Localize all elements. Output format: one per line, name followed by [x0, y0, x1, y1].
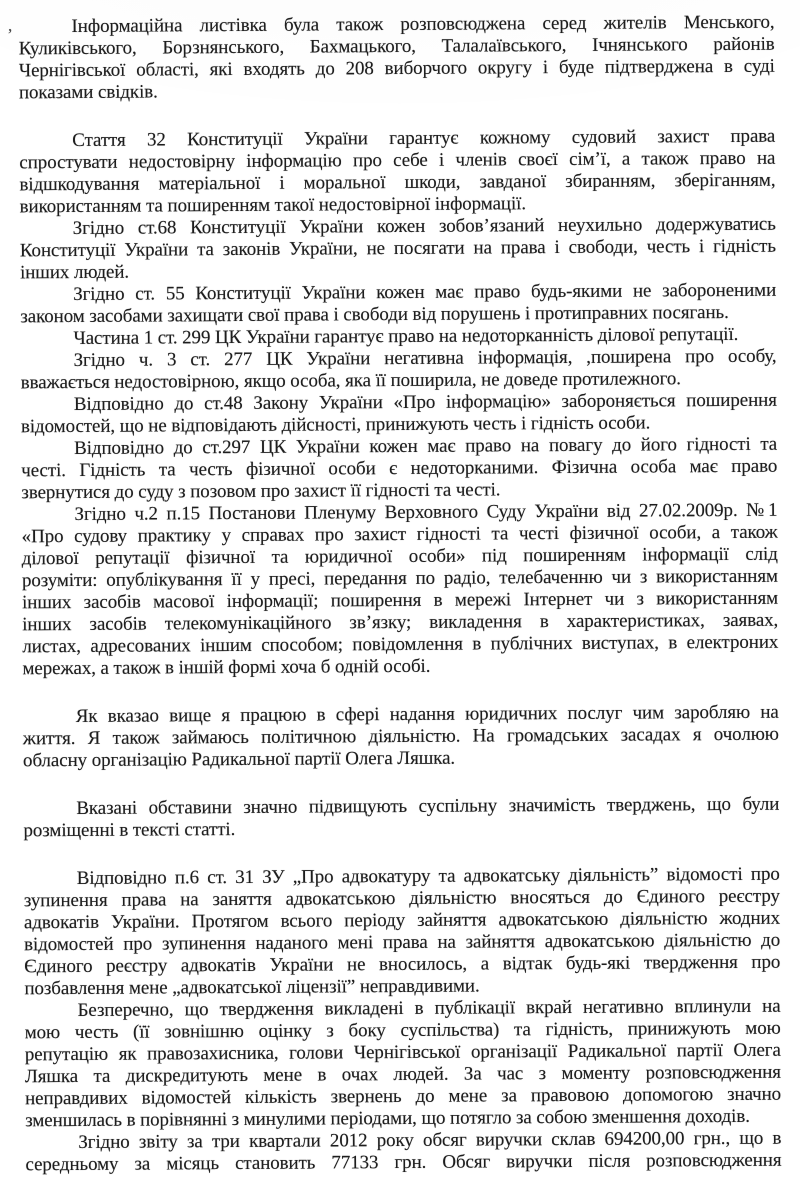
text-line: розміщенні в тексті статті.	[23, 816, 779, 843]
text-line: честі. Гідність та честь фізичної особи …	[21, 456, 777, 483]
text-line: середньому за місяць становить 77133 грн…	[25, 1150, 781, 1177]
paragraph: Стаття 32 Конституції України гарантує к…	[19, 126, 776, 219]
text-line: життя. Я також займаюсь політичною діяль…	[23, 724, 779, 751]
text-line: мережах, а також в іншій формі хоча б од…	[22, 654, 778, 681]
paragraph: Згідно звіту за три квартали 2012 року о…	[25, 1128, 781, 1177]
text-line: Чернігівської області, які входять до 20…	[19, 56, 775, 83]
document-text: Інформаційна листівка була також розповс…	[18, 12, 781, 1177]
document-page: , Інформаційна листівка була також розпо…	[0, 0, 800, 1202]
text-line: листах, адресованих іншим способом; пові…	[22, 632, 778, 659]
paragraph: Як вказао вище я працюю в сфері надання …	[23, 702, 779, 773]
scan-speck-artifact: ,	[8, 16, 12, 36]
paragraph: Відповідно п.6 ст. 31 ЗУ „Про адвокатуру…	[24, 864, 781, 1001]
paragraph: Згідно ч. 3 ст. 277 ЦК України негативна…	[21, 346, 777, 395]
paragraph: Згідно ст.68 Конституції України кожен з…	[20, 214, 776, 285]
paragraph: Вказані обставини значно підвищують сусп…	[23, 794, 779, 843]
paragraph: Відповідно до ст.48 Закону України «Про …	[21, 390, 777, 439]
text-line: відшкодування матеріальної і моральної ш…	[19, 170, 775, 197]
text-line: Конституції України та законів України, …	[20, 236, 776, 263]
paragraph: Безперечно, що твердження викладені в пу…	[24, 996, 781, 1133]
paragraph: Відповідно до ст.297 ЦК України кожен ма…	[21, 434, 777, 505]
text-line: обласну організацію Радикальної партії О…	[23, 746, 779, 773]
paragraph: Згідно ст. 55 Конституції України кожен …	[20, 280, 776, 329]
text-line: Вказані обставини значно підвищують сусп…	[23, 794, 779, 821]
text-line: Відповідно до ст.48 Закону України «Про …	[21, 390, 777, 417]
text-line: Єдиного реєстру адвокатів України не вно…	[24, 952, 780, 979]
text-line: показами свідків.	[19, 78, 775, 105]
paragraph: Згідно ч.2 п.15 Постанови Пленуму Верхов…	[21, 500, 778, 681]
paragraph: Інформаційна листівка була також розповс…	[18, 12, 775, 105]
